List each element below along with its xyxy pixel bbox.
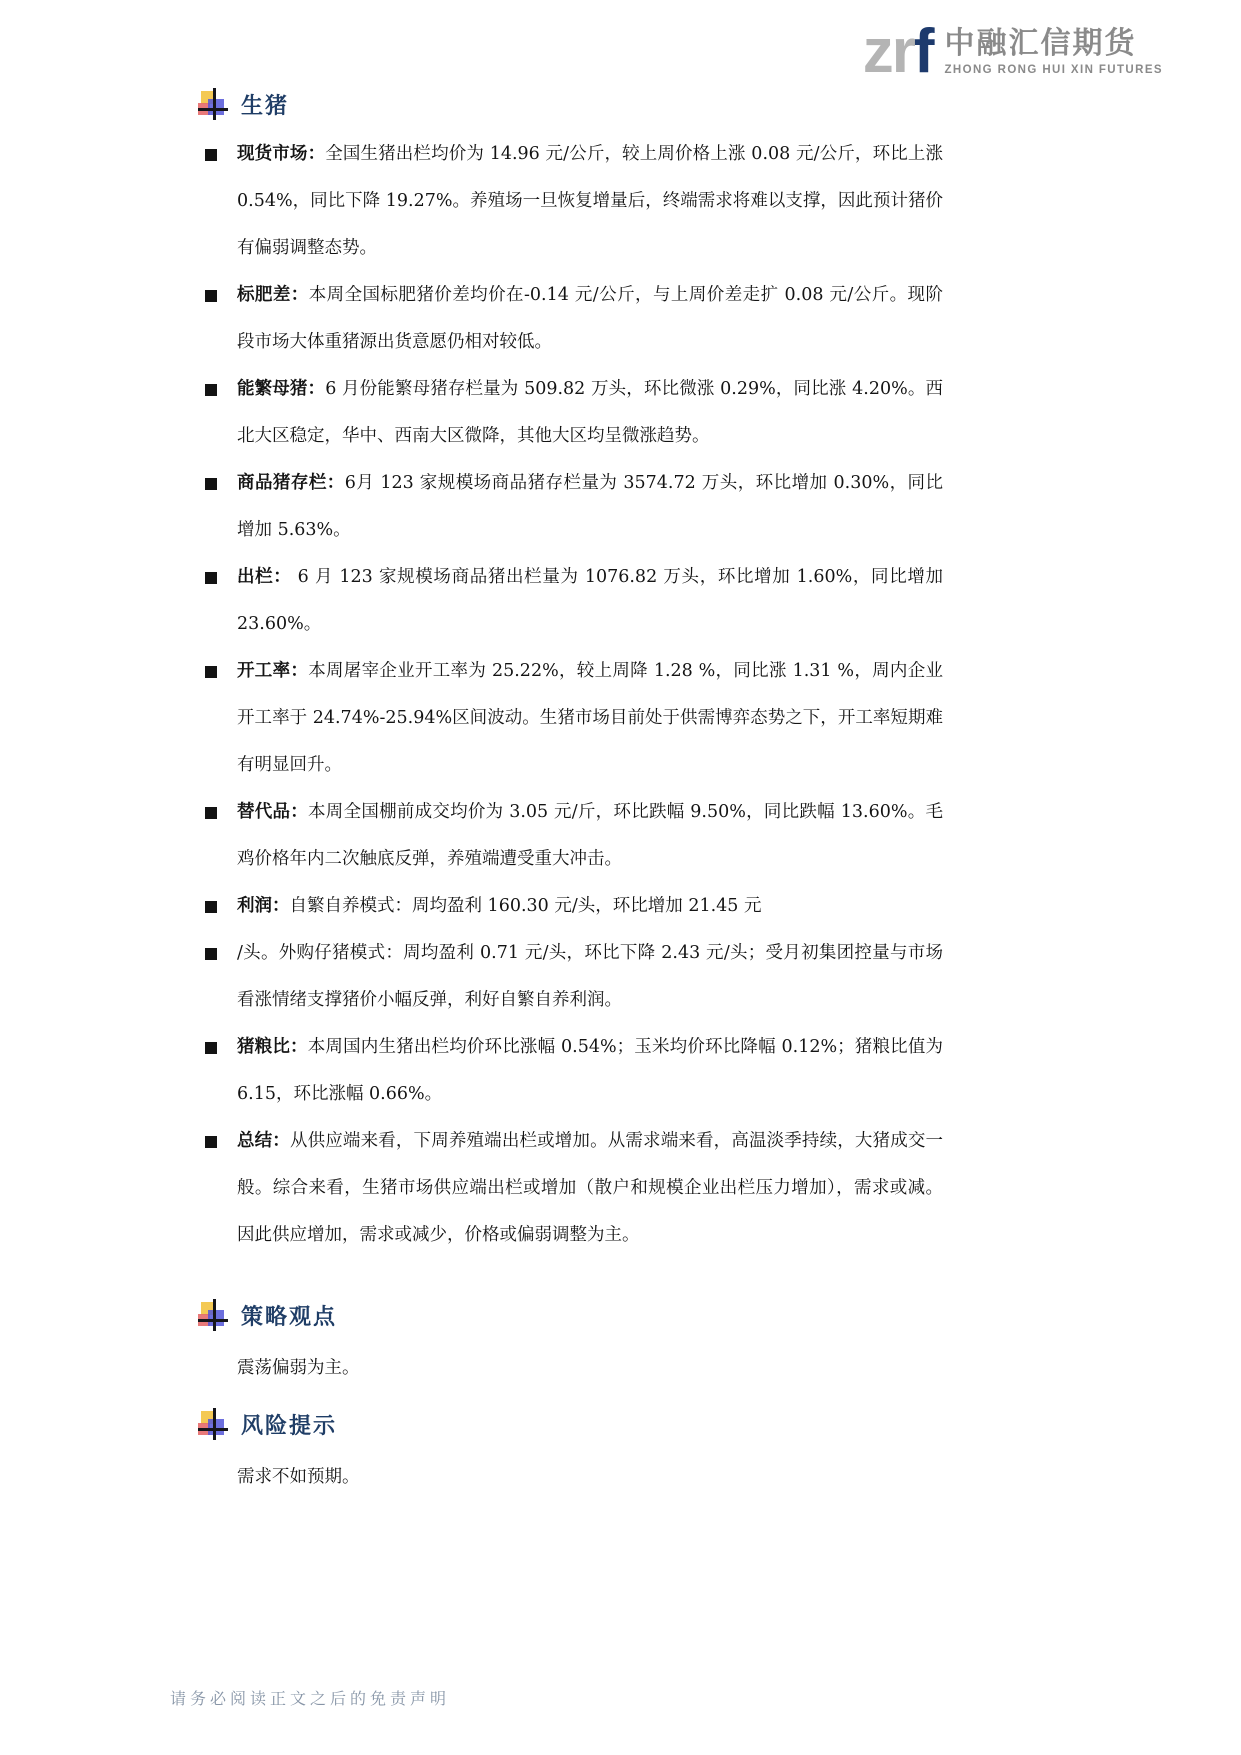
section-title-strategy: 策略观点 xyxy=(241,1300,337,1331)
bullet-spot-market: 现货市场：全国生猪出栏均价为 14.96 元/公斤，较上周价格上涨 0.08 元… xyxy=(205,131,1241,272)
bullet-substitute: 替代品：本周全国棚前成交均价为 3.05 元/斤，环比跌幅 9.50%，同比跌幅… xyxy=(205,789,1241,883)
section-marker-icon xyxy=(198,1299,228,1332)
bullet-label: 猪粮比： xyxy=(237,1037,308,1057)
page-header: zrf 中融汇信期货 ZHONG RONG HUI XIN FUTURES xyxy=(0,0,1241,80)
bullet-label: 开工率： xyxy=(237,661,308,681)
bullet-square-icon xyxy=(205,1136,217,1148)
report-page: zrf 中融汇信期货 ZHONG RONG HUI XIN FUTURES 生猪… xyxy=(0,0,1241,1755)
bullet-body: 本周国内生猪出栏均价环比涨幅 0.54%；玉米均价环比降幅 0.12%；猪粮比值… xyxy=(237,1037,943,1104)
strategy-body: 震荡偏弱为主。 xyxy=(237,1354,1241,1382)
bullet-body: 自繁自养模式：周均盈利 160.30 元/头，环比增加 21.45 元 xyxy=(290,896,762,916)
logo-zrf-icon: zrf xyxy=(863,24,933,80)
bullet-profit: 利润：自繁自养模式：周均盈利 160.30 元/头，环比增加 21.45 元 xyxy=(205,883,1241,930)
logo-f-text: f xyxy=(914,17,933,86)
section-marker-icon xyxy=(198,88,228,121)
bullet-label: 总结： xyxy=(237,1131,290,1151)
company-name-cn: 中融汇信期货 xyxy=(945,28,1164,60)
bullet-square-icon xyxy=(205,384,217,396)
risk-body: 需求不如预期。 xyxy=(237,1463,1241,1491)
bullet-square-icon xyxy=(205,948,217,960)
bullet-square-icon xyxy=(205,666,217,678)
bullet-operating-rate: 开工率：本周屠宰企业开工率为 25.22%，较上周降 1.28 %，同比涨 1.… xyxy=(205,648,1241,789)
bullet-slaughter-volume: 出栏： 6 月 123 家规模场商品猪出栏量为 1076.82 万头，环比增加 … xyxy=(205,554,1241,648)
bullet-body: /头。外购仔猪模式：周均盈利 0.71 元/头，环比下降 2.43 元/头；受月… xyxy=(237,943,943,1010)
bullet-body: 本周全国棚前成交均价为 3.05 元/斤，环比跌幅 9.50%，同比跌幅 13.… xyxy=(237,802,943,869)
bullet-body: 本周全国标肥猪价差均价在-0.14 元/公斤，与上周价差走扩 0.08 元/公斤… xyxy=(237,285,943,352)
bullet-label: 出栏： xyxy=(237,567,291,587)
section-header-pig: 生猪 xyxy=(198,88,1241,121)
bullet-body: 从供应端来看，下周养殖端出栏或增加。从需求端来看，高温淡季持续，大猪成交一般。综… xyxy=(237,1131,943,1245)
bullet-label: 标肥差： xyxy=(237,285,309,305)
bullet-sow-inventory: 能繁母猪：6 月份能繁母猪存栏量为 509.82 万头，环比微涨 0.29%，同… xyxy=(205,366,1241,460)
bullet-label: 利润： xyxy=(237,896,290,916)
bullet-body: 本周屠宰企业开工率为 25.22%，较上周降 1.28 %，同比涨 1.31 %… xyxy=(237,661,943,775)
bullet-label: 替代品： xyxy=(237,802,308,822)
bullet-body: 6 月份能繁母猪存栏量为 509.82 万头，环比微涨 0.29%，同比涨 4.… xyxy=(237,379,943,446)
section-header-strategy: 策略观点 xyxy=(198,1299,1241,1332)
bullet-label: 能繁母猪： xyxy=(237,379,325,399)
section-marker-icon xyxy=(198,1408,228,1441)
bullet-profit-continued: /头。外购仔猪模式：周均盈利 0.71 元/头，环比下降 2.43 元/头；受月… xyxy=(205,930,1241,1024)
bullet-body: 6 月 123 家规模场商品猪出栏量为 1076.82 万头，环比增加 1.60… xyxy=(237,567,943,634)
bullet-label: 商品猪存栏： xyxy=(237,473,345,493)
bullet-fat-std-spread: 标肥差：本周全国标肥猪价差均价在-0.14 元/公斤，与上周价差走扩 0.08 … xyxy=(205,272,1241,366)
bullet-square-icon xyxy=(205,572,217,584)
section-title-pig: 生猪 xyxy=(241,89,289,120)
bullet-body: 全国生猪出栏均价为 14.96 元/公斤，较上周价格上涨 0.08 元/公斤，环… xyxy=(237,144,943,258)
bullet-square-icon xyxy=(205,149,217,161)
bullet-square-icon xyxy=(205,478,217,490)
bullet-label: 现货市场： xyxy=(237,144,325,164)
company-name-en: ZHONG RONG HUI XIN FUTURES xyxy=(945,64,1164,76)
section-header-risk: 风险提示 xyxy=(198,1408,1241,1441)
bullet-square-icon xyxy=(205,290,217,302)
company-logo: zrf 中融汇信期货 ZHONG RONG HUI XIN FUTURES xyxy=(863,24,1163,80)
company-names: 中融汇信期货 ZHONG RONG HUI XIN FUTURES xyxy=(945,28,1164,76)
logo-zr-text: zr xyxy=(863,17,914,86)
bullet-hog-grain-ratio: 猪粮比：本周国内生猪出栏均价环比涨幅 0.54%；玉米均价环比降幅 0.12%；… xyxy=(205,1024,1241,1118)
bullet-square-icon xyxy=(205,901,217,913)
bullet-square-icon xyxy=(205,807,217,819)
footer-disclaimer: 请务必阅读正文之后的免责声明 xyxy=(170,1686,450,1709)
bullet-summary: 总结：从供应端来看，下周养殖端出栏或增加。从需求端来看，高温淡季持续，大猪成交一… xyxy=(205,1118,1241,1259)
pig-bullet-list: 现货市场：全国生猪出栏均价为 14.96 元/公斤，较上周价格上涨 0.08 元… xyxy=(0,131,1241,1259)
bullet-square-icon xyxy=(205,1042,217,1054)
section-title-risk: 风险提示 xyxy=(241,1409,337,1440)
bullet-hog-stock: 商品猪存栏：6月 123 家规模场商品猪存栏量为 3574.72 万头，环比增加… xyxy=(205,460,1241,554)
